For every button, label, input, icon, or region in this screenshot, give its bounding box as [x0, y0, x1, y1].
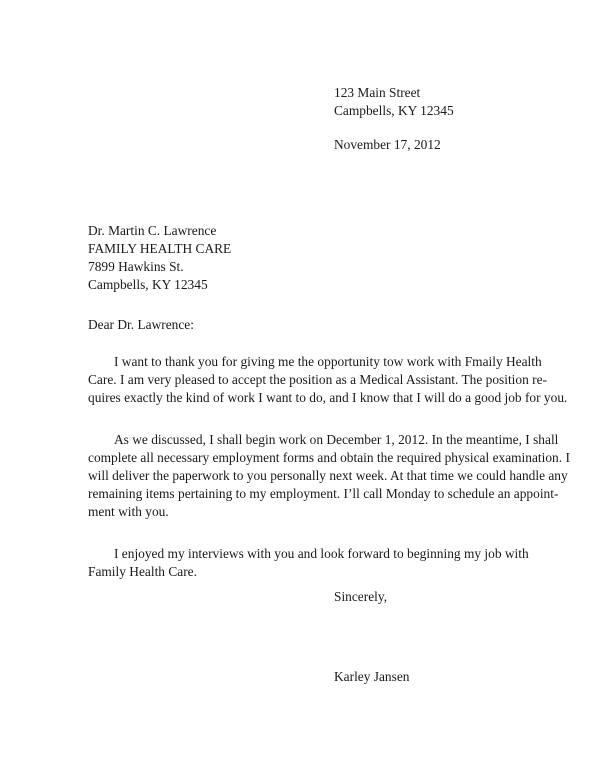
paragraph-line: remaining items pertaining to my employm…	[88, 485, 528, 503]
recipient-company: FAMILY HEALTH CARE	[88, 240, 231, 258]
recipient-street: 7899 Hawkins St.	[88, 258, 231, 276]
paragraph-line: ment with you.	[88, 503, 528, 521]
paragraph-line: complete all necessary employment forms …	[88, 449, 528, 467]
paragraph-line: I enjoyed my interviews with you and loo…	[88, 545, 528, 563]
body-paragraph-2: As we discussed, I shall begin work on D…	[88, 431, 528, 521]
closing: Sincerely,	[334, 588, 387, 606]
recipient-city-state-zip: Campbells, KY 12345	[88, 276, 231, 294]
paragraph-line: Family Health Care.	[88, 563, 528, 581]
recipient-name: Dr. Martin C. Lawrence	[88, 222, 231, 240]
sender-address: 123 Main Street Campbells, KY 12345	[334, 84, 454, 120]
sender-city-state-zip: Campbells, KY 12345	[334, 102, 454, 120]
paragraph-line: Care. I am very pleased to accept the po…	[88, 371, 528, 389]
paragraph-line: quires exactly the kind of work I want t…	[88, 389, 528, 407]
body-paragraph-3: I enjoyed my interviews with you and loo…	[88, 545, 528, 581]
sender-street: 123 Main Street	[334, 84, 454, 102]
recipient-address: Dr. Martin C. Lawrence FAMILY HEALTH CAR…	[88, 222, 231, 294]
letter-date: November 17, 2012	[334, 136, 441, 154]
paragraph-line: I want to thank you for giving me the op…	[88, 353, 528, 371]
salutation: Dear Dr. Lawrence:	[88, 316, 194, 334]
paragraph-line: will deliver the paperwork to you person…	[88, 467, 528, 485]
body-paragraph-1: I want to thank you for giving me the op…	[88, 353, 528, 407]
signature-name: Karley Jansen	[334, 668, 409, 686]
paragraph-line: As we discussed, I shall begin work on D…	[88, 431, 528, 449]
